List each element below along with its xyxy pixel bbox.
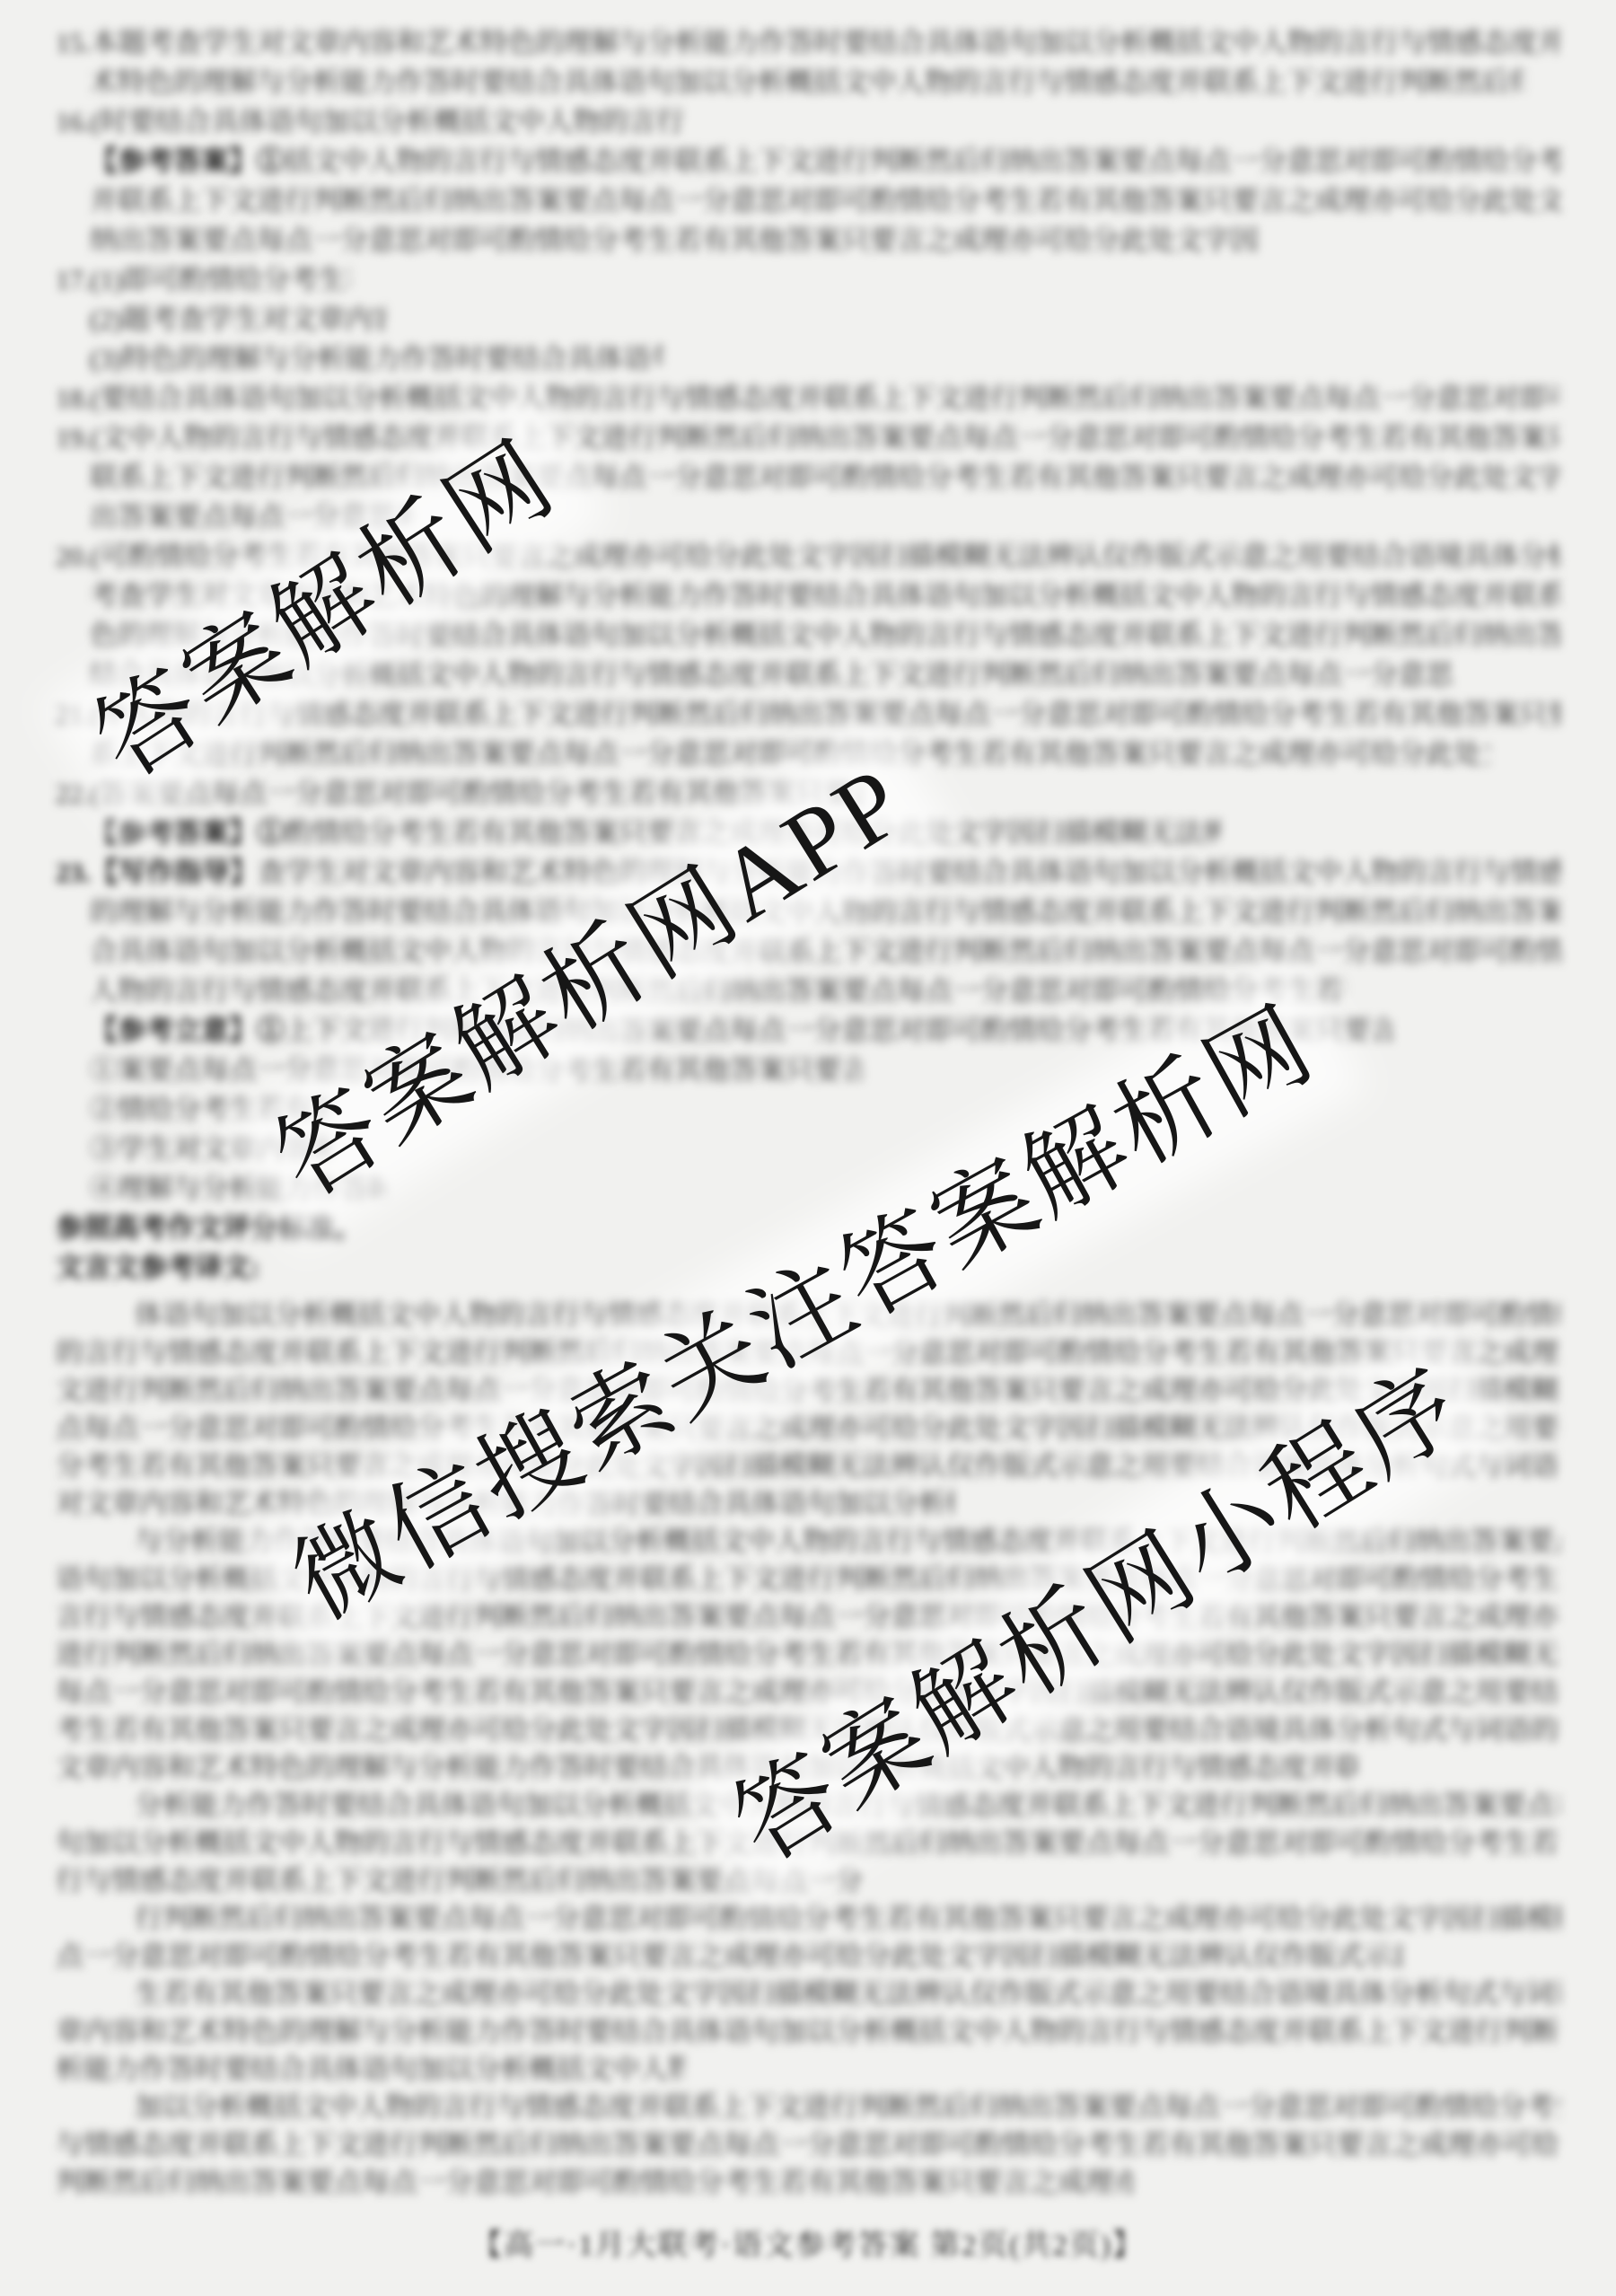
blurred-text-line: 合具体语句加以分析概括文中人物的言行与情感态度并联系上下文进行判断然后归纳出答案… [90, 932, 1560, 972]
blurred-text-line: 【参考答案】①酌情给分考生若有其他答案只要言之成理亦可给分此处文字因扫描模糊无法… [90, 814, 1221, 853]
blurred-text-line: (2)题考查学生对文章内容和艺术特色 [90, 300, 386, 339]
blurred-text-line: 16.(时要结合具体语句加以分析概括文中人物的言行与情感态度并 [56, 102, 684, 142]
blurred-text-line: 判断然后归纳出答案要点每点一分意思对即可酌情给分考生若有其他答案只要言之成理亦可… [56, 2164, 1133, 2202]
scanned-answer-sheet-page: 15.本题考查学生对文章内容和艺术特色的理解与分析能力作答时要结合具体语句加以分… [0, 0, 1616, 2296]
blurred-text-line: 每点一分意思对即可酌情给分考生若有其他答案只要言之成理亦可给分此处文字因扫描模糊… [56, 1674, 1560, 1711]
blurred-text-line: 术特色的理解与分析能力作答时要结合具体语句加以分析概括文中人物的言行与情感态度并… [90, 63, 1526, 102]
blurred-text-line: 析能力作答时要结合具体语句加以分析概括文中人物的言行与 [56, 2051, 684, 2089]
blurred-text-line: 纳出答案要点每点一分意思对即可酌情给分考生若有其他答案只要言之成理亦可给分此处文… [90, 221, 1257, 260]
blurred-text-line: 15.本题考查学生对文章内容和艺术特色的理解与分析能力作答时要结合具体语句加以分… [56, 23, 1560, 63]
blurred-text-line: 并联系上下文进行判断然后归纳出答案要点每点一分意思对即可酌情给分考生若有其他答案… [90, 181, 1560, 221]
blurred-text-line: 17.(1)即可酌情给分考生若有其他答案只 [56, 260, 352, 300]
blurred-text-line: 生若有其他答案只要言之成理亦可给分此处文字因扫描模糊无法辨认仅作版式示意之用要结… [135, 1975, 1560, 2013]
page-footer: 【高一·1月大联考·语文参考答案 第2页(共2页)】 [0, 2221, 1616, 2264]
blurred-text-line: 18.(要结合具体语句加以分析概括文中人物的言行与情感态度并联系上下文进行判断然… [56, 379, 1560, 418]
blurred-text-line: 进行判断然后归纳出答案要点每点一分意思对即可酌情给分考生若有其他答案只要言之成理… [56, 1636, 1560, 1674]
section-gap [0, 2202, 1616, 2211]
blurred-text-line: (3)特色的理解与分析能力作答时要结合具体语句加以分析概 [90, 339, 664, 379]
blurred-text-line: 章内容和艺术特色的理解与分析能力作答时要结合具体语句加以分析概括文中人物的言行与… [56, 2013, 1560, 2051]
blurred-text-line: 文言文参考译文: [56, 1248, 307, 1288]
blurred-text-line: 行判断然后归纳出答案要点每点一分意思对即可酌情给分考生若有其他答案只要言之成理亦… [135, 1900, 1560, 1938]
blurred-text-line: 【参考答案】①括文中人物的言行与情感态度并联系上下文进行判断然后归纳出答案要点每… [90, 142, 1560, 181]
blurred-text-line: 与情感态度并联系上下文进行判断然后归纳出答案要点每点一分意思对即可酌情给分考生若… [56, 2126, 1560, 2164]
blurred-text-line: 19.(文中人物的言行与情感态度并联系上下文进行判断然后归纳出答案要点每点一分意… [56, 418, 1560, 458]
blurred-text-line: 加以分析概括文中人物的言行与情感态度并联系上下文进行判断然后归纳出答案要点每点一… [135, 2089, 1560, 2126]
blurred-text-line: 联系上下文进行判断然后归纳出答案要点每点一分意思对即可酌情给分考生若有其他答案只… [90, 458, 1560, 497]
blurred-text-line: 点一分意思对即可酌情给分考生若有其他答案只要言之成理亦可给分此处文字因扫描模糊无… [56, 1938, 1402, 1975]
